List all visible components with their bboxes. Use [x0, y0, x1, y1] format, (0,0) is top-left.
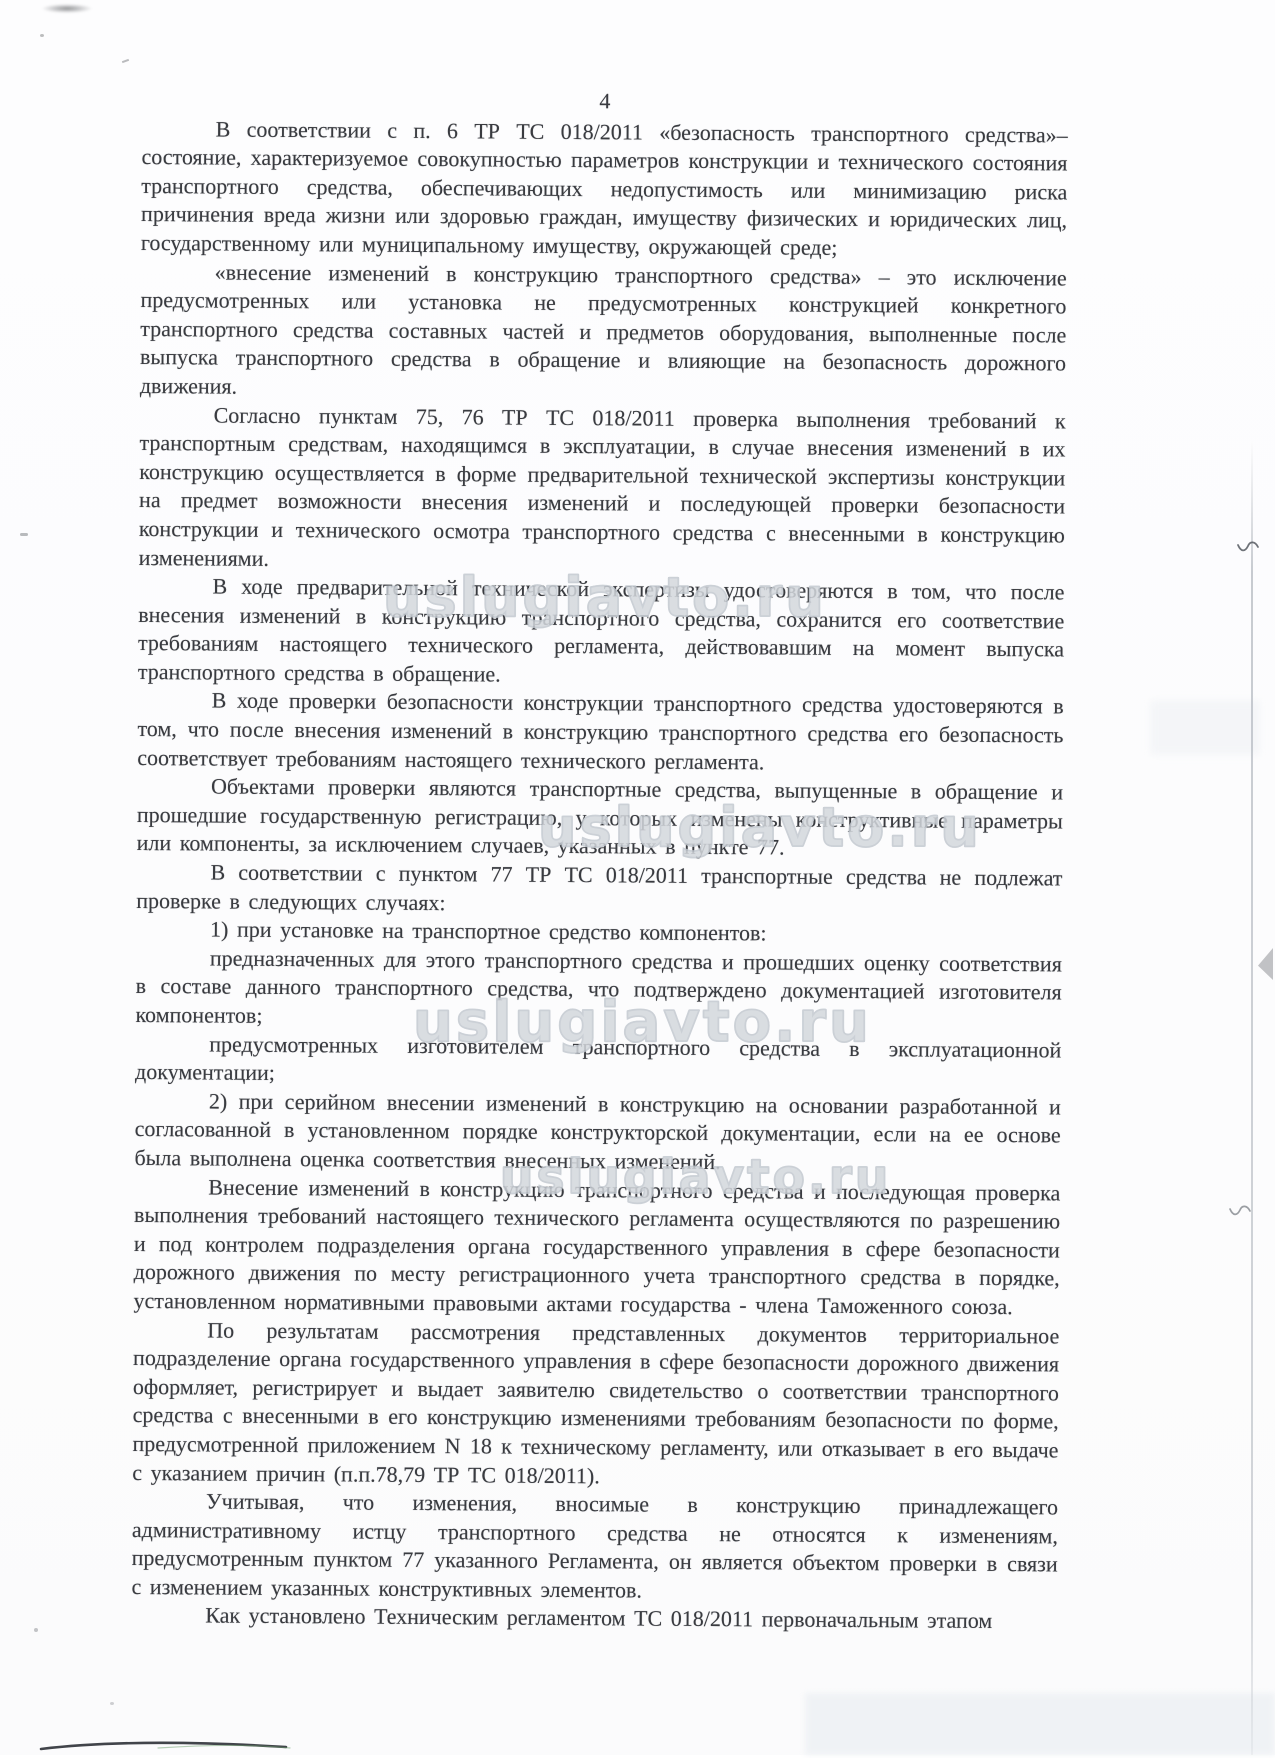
pen-squiggle-mark [1228, 1202, 1252, 1225]
paragraph: Согласно пунктам 75, 76 ТР ТС 018/2011 п… [139, 401, 1066, 579]
paragraph: Объектами проверки являются транспортные… [137, 772, 1064, 864]
paragraph: В ходе проверки безопасности конструкции… [137, 686, 1064, 778]
paragraph: Внесение изменений в конструкцию транспо… [133, 1173, 1060, 1322]
paragraph: Учитывая, что изменения, вносимые в конс… [131, 1487, 1058, 1608]
scan-smudge [42, 4, 92, 13]
paragraph: «внесение изменений в конструкцию трансп… [140, 258, 1067, 407]
pen-squiggle-mark [1236, 538, 1260, 561]
scan-dot [40, 34, 44, 37]
paragraph: 2) при серийном внесении изменений в кон… [134, 1087, 1061, 1179]
paragraph: В ходе предварительной технической экспе… [138, 572, 1065, 693]
paragraph: предусмотренных изготовителем транспортн… [135, 1030, 1061, 1094]
scan-dot [110, 1702, 114, 1705]
paragraph: В соответствии с пунктом 77 ТР ТС 018/20… [136, 858, 1062, 922]
paragraph: Как установлено Техническим регламентом … [131, 1601, 1057, 1636]
scanned-page: uslugiavto.ru uslugiavto.ru uslugiavto.r… [0, 0, 1275, 1755]
paragraph: По результатам рассмотрения представленн… [132, 1316, 1059, 1494]
scan-dash [20, 533, 28, 536]
page-number: 4 [142, 84, 1068, 119]
page-edge-nick [1258, 948, 1273, 980]
scan-dot [34, 1628, 38, 1632]
paragraph: В соответствии с п. 6 ТР ТС 018/2011 «бе… [141, 115, 1068, 264]
scan-tint-right [1150, 700, 1260, 755]
document-text: 4 В соответствии с п. 6 ТР ТС 018/2011 «… [131, 84, 1068, 1636]
scan-tick [122, 59, 129, 63]
paragraph: предназначенных для этого транспортного … [135, 944, 1062, 1036]
scan-tint-bottom-right [805, 1693, 1275, 1755]
page-edge-line [1251, 440, 1253, 1755]
scan-crease-line [38, 1739, 298, 1755]
